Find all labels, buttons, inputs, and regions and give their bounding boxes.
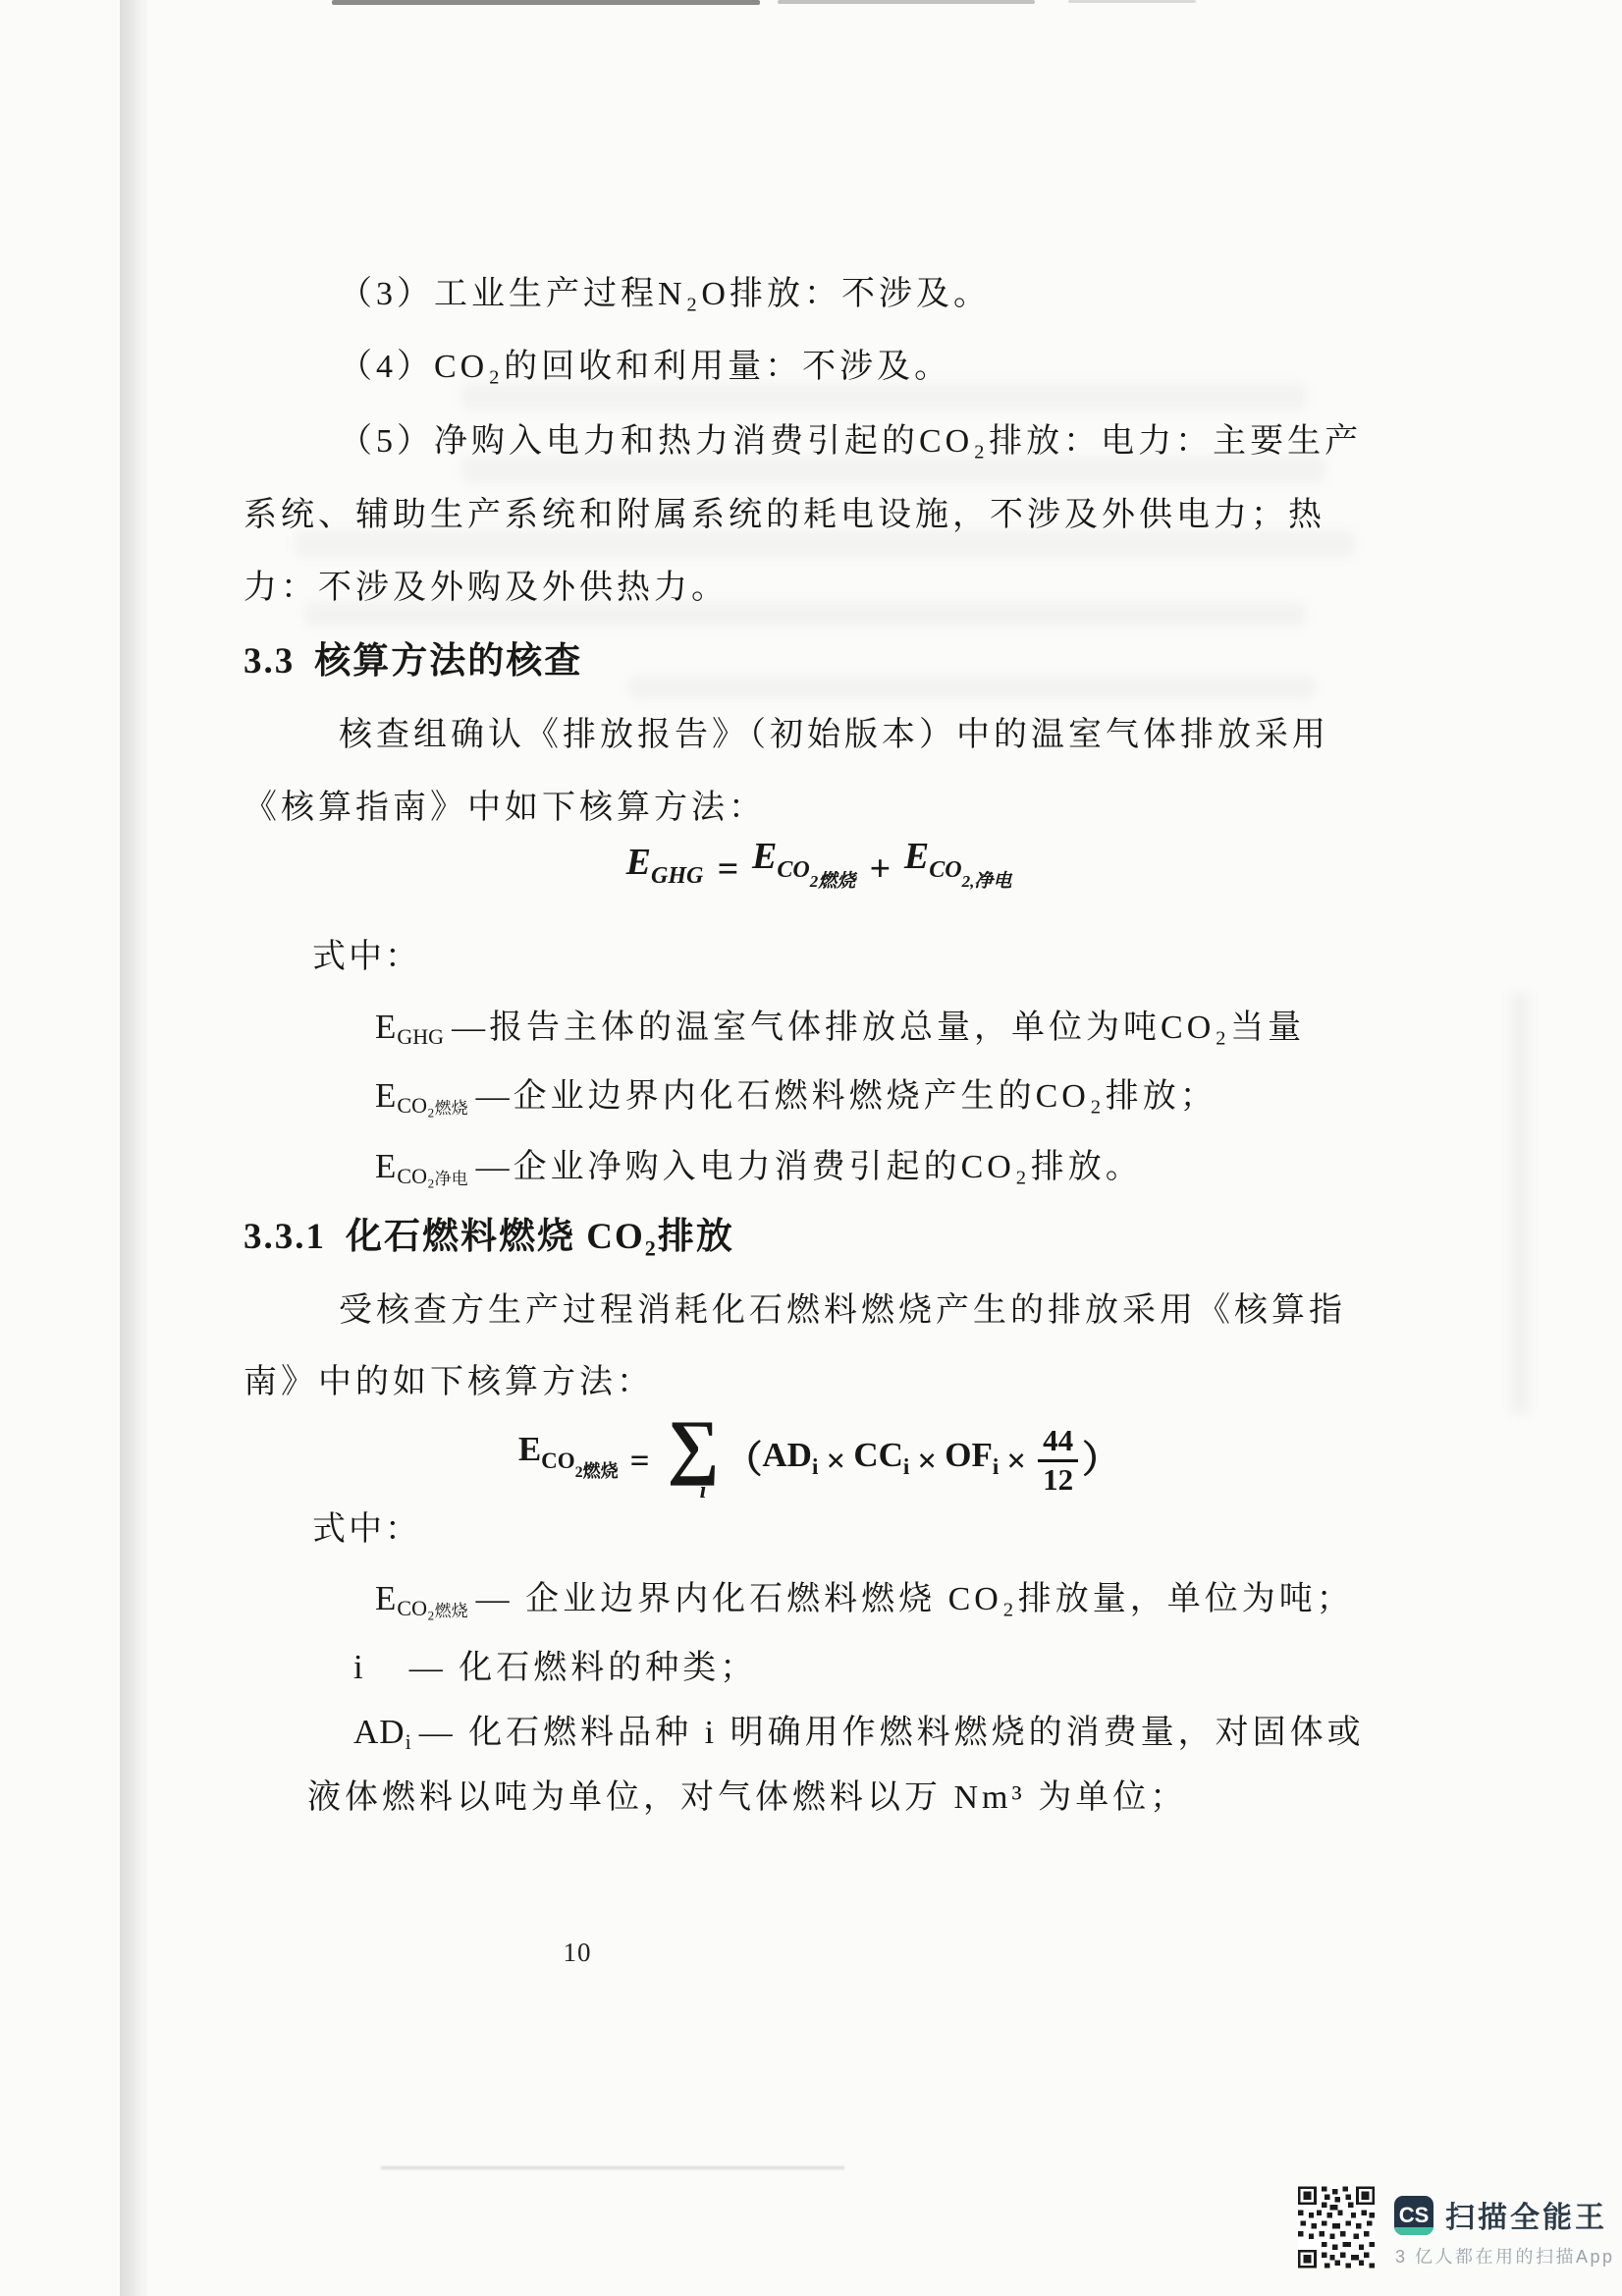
- section-heading-3-3: 3.3核算方法的核查: [243, 625, 1394, 698]
- fraction-44-12: 4412: [1038, 1425, 1078, 1496]
- open-paren: （: [725, 1424, 762, 1498]
- multiply-sign: ×: [917, 1424, 937, 1498]
- bottom-faint-line: [381, 2166, 844, 2169]
- formula-term-of: OFi: [945, 1418, 999, 1503]
- formula-term-eco2-combustion: ECO2燃烧: [752, 820, 855, 918]
- section-heading-3-3-1: 3.3.1化石燃料燃烧 CO₂排放: [243, 1200, 1394, 1274]
- plus-sign: +: [869, 833, 891, 906]
- formula-term-eco2-net-power: ECO2,净电: [904, 820, 1011, 918]
- section-number: 3.3.1: [243, 1217, 326, 1257]
- symbol-i: i: [353, 1650, 364, 1686]
- symbol-eghg: EGHG: [375, 1010, 444, 1046]
- camscanner-app-name: 扫描全能王: [1445, 2198, 1607, 2239]
- definition-adi-continuation: 液体燃料以吨为单位，对气体燃料以万 Nm³ 为单位；: [243, 1760, 1394, 1833]
- formula-term-eghg: EGHG: [626, 826, 704, 913]
- where-label-2: 式中：: [312, 1493, 1463, 1566]
- formula-ghg-total: EGHG = ECO2燃烧 + ECO2,净电: [243, 825, 1394, 913]
- camscanner-logo-icon: CS: [1394, 2196, 1433, 2235]
- left-edge-scan-shadow: [120, 0, 149, 2296]
- multiply-sign: ×: [1006, 1424, 1026, 1498]
- paragraph-item-3: （3）工业生产过程N₂O排放：不涉及。: [243, 257, 1394, 331]
- equals-sign: =: [630, 1424, 650, 1498]
- definition-adi: ADi— 化石燃料品种 i 明确用作燃料燃烧的消费量，对固体或: [243, 1695, 1394, 1769]
- formula-term-cc: CCi: [853, 1418, 909, 1503]
- multiply-sign: ×: [826, 1424, 845, 1498]
- scanned-document-page: （3）工业生产过程N₂O排放：不涉及。 （4）CO₂的回收和利用量：不涉及。 （…: [0, 0, 1622, 2296]
- right-scan-streak: [1512, 992, 1528, 1414]
- camscanner-tagline: 3 亿人都在用的扫描App: [1395, 2245, 1615, 2269]
- paragraph-item-5-line1: （5）净购入电力和热力消费引起的CO₂排放：电力：主要生产: [243, 405, 1394, 478]
- section-number: 3.3: [243, 641, 295, 682]
- formula-term-ad: ADi: [762, 1418, 818, 1503]
- symbol-adi: ADi: [353, 1715, 411, 1751]
- where-label-1: 式中：: [312, 920, 1463, 994]
- section-title: 化石燃料燃烧 CO₂排放: [346, 1217, 734, 1257]
- definition-eco2-amount: ECO₂燃烧— 企业边界内化石燃料燃烧 CO₂排放量，单位为吨；: [243, 1561, 1394, 1635]
- top-edge-scan-mark: [332, 0, 760, 5]
- symbol-eco2-combustion: ECO₂燃烧: [375, 1581, 468, 1617]
- paragraph-item-5-line2: 系统、辅助生产系统和附属系统的耗电设施，不涉及外供电力；热: [243, 478, 1394, 552]
- definition-eghg: EGHG—报告主体的温室气体排放总量，单位为吨CO₂当量: [243, 990, 1394, 1064]
- definition-i: i — 化石燃料的种类；: [243, 1630, 1394, 1704]
- symbol-eco2-combustion: ECO₂燃烧: [375, 1078, 468, 1115]
- top-edge-scan-mark: [1068, 0, 1196, 3]
- definition-eco2-combustion: ECO₂燃烧—企业边界内化石燃料燃烧产生的CO₂排放；: [243, 1059, 1394, 1132]
- equals-sign: =: [717, 833, 738, 906]
- paragraph-item-4: （4）CO₂的回收和利用量：不涉及。: [243, 330, 1394, 404]
- paragraph-item-5-line3: 力：不涉及外购及外供热力。: [243, 551, 1394, 625]
- section-3-3-paragraph-line1: 核查组确认《排放报告》（初始版本）中的温室气体排放采用: [243, 698, 1394, 772]
- summation-symbol: ∑i: [668, 1418, 720, 1502]
- page-number: 10: [538, 1923, 617, 1982]
- definition-eco2-net-power: ECO₂净电—企业净购入电力消费引起的CO₂排放。: [243, 1129, 1394, 1203]
- qr-code: [1298, 2186, 1375, 2269]
- top-edge-scan-mark: [778, 0, 1035, 4]
- logo-cs-letters: CS: [1399, 2199, 1430, 2232]
- symbol-eco2-net-power: ECO₂净电: [375, 1149, 468, 1185]
- section-3-3-1-paragraph-line1: 受核查方生产过程消耗化石燃料燃烧产生的排放采用《核算指: [243, 1274, 1394, 1347]
- close-paren: ）: [1082, 1424, 1119, 1498]
- section-title: 核算方法的核查: [314, 641, 582, 682]
